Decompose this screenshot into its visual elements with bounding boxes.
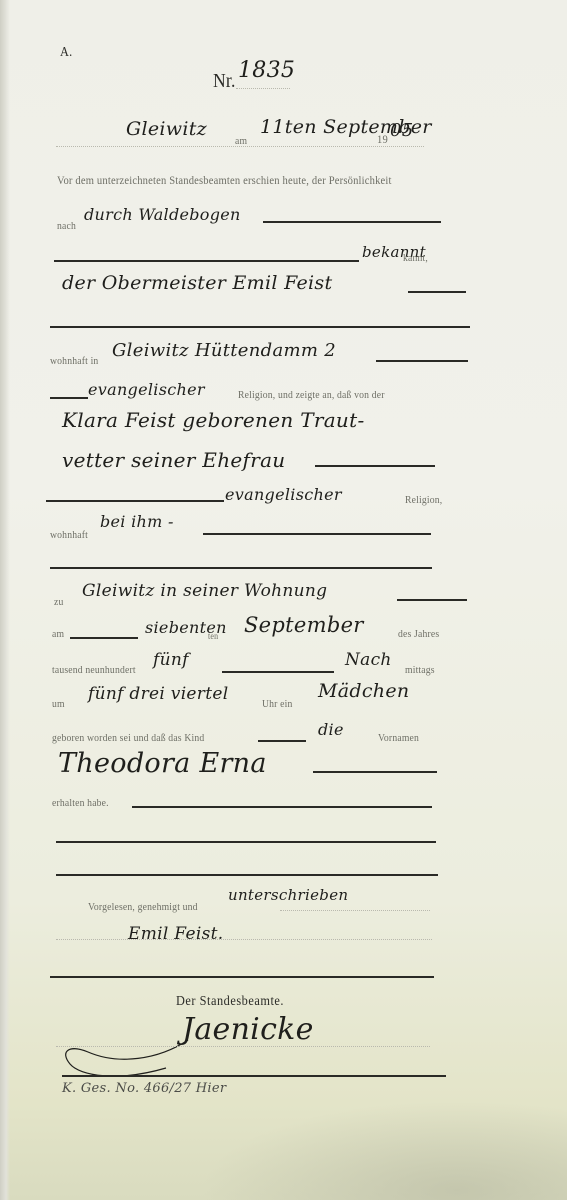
tausend-label: tausend neunhundert xyxy=(52,664,136,676)
erhalten-line xyxy=(132,806,432,808)
des-jahres-label: des Jahres xyxy=(398,628,439,640)
number-label: Nr. xyxy=(213,70,236,93)
religion-label: Religion, xyxy=(405,494,442,506)
year-line xyxy=(222,671,334,673)
registrar-dotted xyxy=(56,1046,430,1047)
vorgelesen-dotted xyxy=(280,910,430,911)
signature-flourish-icon xyxy=(58,1030,198,1080)
mother-residence-line xyxy=(203,533,431,535)
geboren-clause: geboren worden sei und daß das Kind xyxy=(52,732,204,744)
birth-year-word: fünf xyxy=(153,650,189,670)
names-line xyxy=(313,771,437,773)
year-printed: 19 xyxy=(377,132,388,147)
kannt-label: kannt, xyxy=(403,252,428,264)
page-edge-shadow xyxy=(0,0,10,1200)
zu-label: zu xyxy=(54,596,64,608)
registrar-signature: Jaenicke xyxy=(182,1012,314,1047)
erhalten-label: erhalten habe. xyxy=(52,797,109,809)
nach-line xyxy=(263,221,441,223)
mother-line xyxy=(315,465,435,467)
vorgelesen-label: Vorgelesen, genehmigt und xyxy=(88,901,198,913)
vornamen-label: Vornamen xyxy=(378,732,419,744)
kind-line xyxy=(258,740,306,742)
religion-clause: Religion, und zeigte an, daß von der xyxy=(238,389,385,401)
year-handwritten: 05 xyxy=(390,120,414,141)
birth-place: Gleiwitz in seiner Wohnung xyxy=(82,581,327,601)
die-value: die xyxy=(318,720,344,739)
number-underline xyxy=(236,88,290,89)
residence-line xyxy=(376,360,468,362)
ten-label: ten xyxy=(208,631,218,641)
mother-name-line2: vetter seiner Ehefrau xyxy=(62,448,285,472)
um-label: um xyxy=(52,698,65,710)
unterschrieben-handwritten: unterschrieben xyxy=(228,886,348,904)
child-sex: Mädchen xyxy=(318,680,409,702)
informant-religion: evangelischer xyxy=(88,380,205,399)
bottom-rule xyxy=(62,1075,446,1077)
mother-religion-lead-line xyxy=(46,500,224,502)
birth-month: September xyxy=(244,613,364,637)
birth-time: fünf drei viertel xyxy=(88,684,228,704)
am-line xyxy=(70,637,138,639)
separator-line-1 xyxy=(50,326,470,328)
mother-religion: evangelischer xyxy=(225,485,342,504)
religion-lead-line xyxy=(50,397,88,399)
mother-residence: bei ihm - xyxy=(100,512,174,531)
informant-line xyxy=(408,291,466,293)
margin-note: K. Ges. No. 466/27 Hier xyxy=(62,1081,226,1096)
wohnhaft-in-label: wohnhaft in xyxy=(50,355,98,367)
identified-by: durch Waldebogen xyxy=(84,205,241,224)
uhr-ein-label: Uhr ein xyxy=(262,698,293,710)
wohnhaft-label: wohnhaft xyxy=(50,529,88,541)
informant-residence: Gleiwitz Hüttendamm 2 xyxy=(112,340,336,361)
mittags-label: mittags xyxy=(405,664,435,676)
separator-line-3 xyxy=(50,976,434,978)
kannt-line xyxy=(54,260,359,262)
mother-name-line1: Klara Feist geborenen Traut- xyxy=(62,408,365,432)
am-label: am xyxy=(52,628,64,640)
signature-dotted xyxy=(56,939,432,940)
blank-line-1 xyxy=(56,841,436,843)
intro-text: Vor dem unterzeichneten Standesbeamten e… xyxy=(57,173,392,188)
certificate-number: 1835 xyxy=(238,58,295,83)
blank-line-2 xyxy=(56,874,438,876)
vor-nach: Nach xyxy=(345,650,392,670)
photo-shadow xyxy=(200,1100,567,1200)
child-given-names: Theodora Erna xyxy=(58,748,267,779)
informant-name: der Obermeister Emil Feist xyxy=(62,272,332,294)
informant-signature: Emil Feist. xyxy=(128,924,223,944)
separator-line-2 xyxy=(50,567,432,569)
form-label: A. xyxy=(60,45,72,61)
registrar-label: Der Standesbeamte. xyxy=(176,994,284,1010)
birth-place-line xyxy=(397,599,467,601)
nach-label: nach xyxy=(57,220,76,232)
place-of-registration: Gleiwitz xyxy=(126,118,207,140)
date-underline xyxy=(56,146,424,147)
